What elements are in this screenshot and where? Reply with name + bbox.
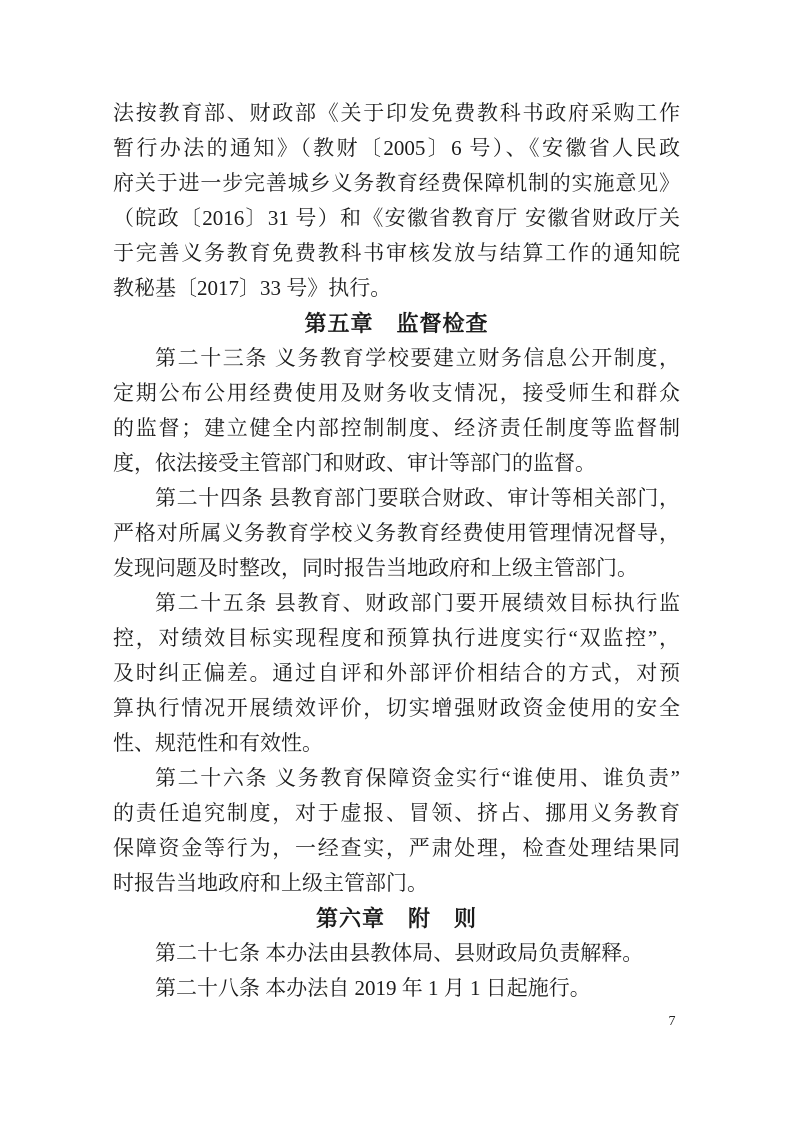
body-line-article-25: 第二十五条 县教育、财政部门要开展绩效目标执行监 — [113, 586, 680, 621]
body-line: 严格对所属义务教育学校义务教育经费使用管理情况督导， — [113, 516, 680, 551]
body-line-article-28: 第二十八条 本办法自 2019 年 1 月 1 日起施行。 — [113, 971, 680, 1006]
body-line: 时报告当地政府和上级主管部门。 — [113, 866, 680, 901]
body-line: 定期公布公用经费使用及财务收支情况，接受师生和群众 — [113, 376, 680, 411]
body-line: 府关于进一步完善城乡义务教育经费保障机制的实施意见》 — [113, 166, 680, 201]
body-line: 保障资金等行为，一经查实，严肃处理，检查处理结果同 — [113, 831, 680, 866]
body-line: 法按教育部、财政部《关于印发免费教科书政府采购工作 — [113, 96, 680, 131]
page-number: 7 — [662, 1012, 682, 1032]
body-line-article-24: 第二十四条 县教育部门要联合财政、审计等相关部门， — [113, 481, 680, 516]
body-line-article-26: 第二十六条 义务教育保障资金实行“谁使用、谁负责” — [113, 761, 680, 796]
document-body: 法按教育部、财政部《关于印发免费教科书政府采购工作 暂行办法的通知》（教财〔20… — [113, 96, 680, 1006]
body-line: 于完善义务教育免费教科书审核发放与结算工作的通知皖 — [113, 236, 680, 271]
body-line: 及时纠正偏差。通过自评和外部评价相结合的方式，对预 — [113, 656, 680, 691]
body-line: 教秘基〔2017〕33 号》执行。 — [113, 271, 680, 306]
body-line: 暂行办法的通知》（教财〔2005〕6 号）、《安徽省人民政 — [113, 131, 680, 166]
body-line: 发现问题及时整改，同时报告当地政府和上级主管部门。 — [113, 551, 680, 586]
body-line: 度，依法接受主管部门和财政、审计等部门的监督。 — [113, 446, 680, 481]
chapter-heading-5: 第五章 监督检查 — [113, 306, 680, 341]
body-line-article-23: 第二十三条 义务教育学校要建立财务信息公开制度， — [113, 341, 680, 376]
body-line: 控，对绩效目标实现程度和预算执行进度实行“双监控”， — [113, 621, 680, 656]
body-line-article-27: 第二十七条 本办法由县教体局、县财政局负责解释。 — [113, 936, 680, 971]
body-line: 性、规范性和有效性。 — [113, 726, 680, 761]
body-line: （皖政〔2016〕31 号）和《安徽省教育厅 安徽省财政厅关 — [113, 201, 680, 236]
body-line: 算执行情况开展绩效评价，切实增强财政资金使用的安全 — [113, 691, 680, 726]
body-line: 的责任追究制度，对于虚报、冒领、挤占、挪用义务教育 — [113, 796, 680, 831]
body-line: 的监督；建立健全内部控制制度、经济责任制度等监督制 — [113, 411, 680, 446]
document-page: 法按教育部、财政部《关于印发免费教科书政府采购工作 暂行办法的通知》（教财〔20… — [0, 0, 793, 1122]
chapter-heading-6: 第六章 附 则 — [113, 901, 680, 936]
